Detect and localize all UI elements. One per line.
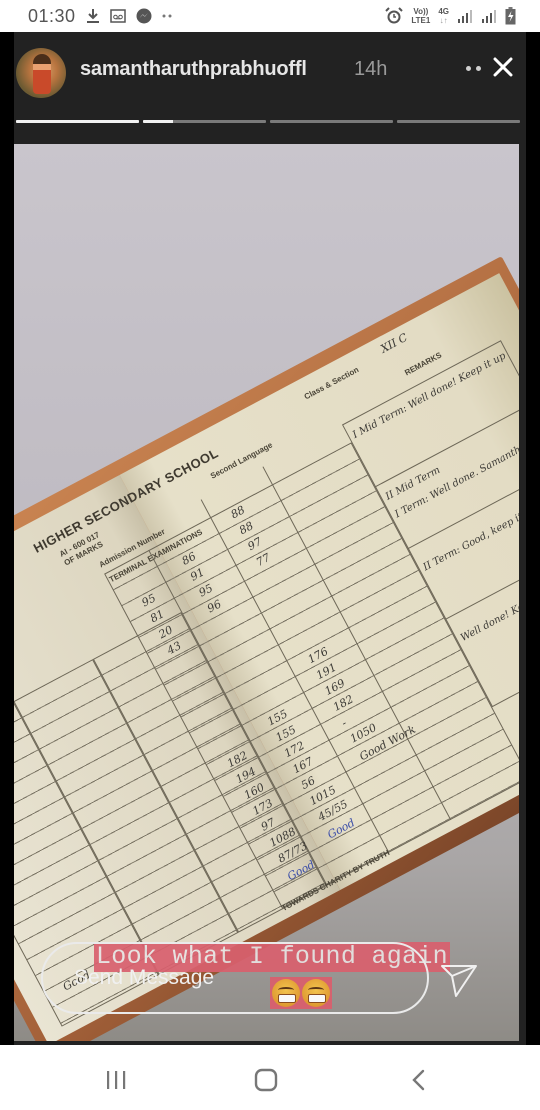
send-paper-plane-icon[interactable]: [438, 960, 480, 1000]
more-options-button[interactable]: [466, 66, 481, 71]
close-icon[interactable]: [490, 54, 516, 80]
notification-icons: [86, 6, 174, 26]
volte-icon: Vo)) LTE1: [411, 7, 430, 25]
signal-icon: [481, 9, 497, 23]
progress-segment: [270, 120, 393, 123]
recents-button[interactable]: [96, 1065, 136, 1095]
more-dots-icon: [162, 13, 174, 19]
avatar[interactable]: [16, 48, 66, 98]
story-time-ago: 14h: [354, 58, 387, 81]
progress-segment: [16, 120, 139, 123]
story-username[interactable]: samantharuthprabhuoffl: [80, 58, 307, 81]
status-time: 01:30: [28, 6, 76, 27]
messenger-icon: [136, 8, 152, 24]
voicemail-icon: [110, 9, 126, 23]
download-icon: [86, 8, 100, 24]
home-button[interactable]: [246, 1065, 286, 1095]
report-card-image: Good HIGHER SECONDARY SCHOOL AI - 600 01…: [14, 273, 519, 1041]
navigation-bar: [0, 1045, 540, 1110]
story-frame: samantharuthprabhuoffl 14h Good: [14, 32, 526, 1045]
signal-icon: [457, 9, 473, 23]
network-4g-icon: 4G ↓↑: [438, 7, 449, 25]
back-button[interactable]: [398, 1065, 438, 1095]
story-viewer: samantharuthprabhuoffl 14h Good: [0, 32, 540, 1045]
recents-icon: [105, 1070, 127, 1090]
progress-segment: [397, 120, 520, 123]
back-icon: [411, 1069, 425, 1091]
status-bar: 01:30 Vo)) LTE1 4G ↓↑: [0, 0, 540, 32]
more-dot-icon: [466, 66, 471, 71]
system-icons: Vo)) LTE1 4G ↓↑: [385, 4, 516, 28]
home-icon: [254, 1068, 278, 1092]
send-message-placeholder: Send Message: [74, 966, 214, 990]
story-progress-bar: [16, 120, 520, 124]
battery-charging-icon: [505, 7, 516, 25]
progress-segment: [143, 120, 266, 123]
alarm-icon: [385, 7, 403, 25]
story-photo[interactable]: Good HIGHER SECONDARY SCHOOL AI - 600 01…: [14, 144, 519, 1041]
more-dot-icon: [476, 66, 481, 71]
story-header: samantharuthprabhuoffl 14h: [14, 40, 526, 100]
